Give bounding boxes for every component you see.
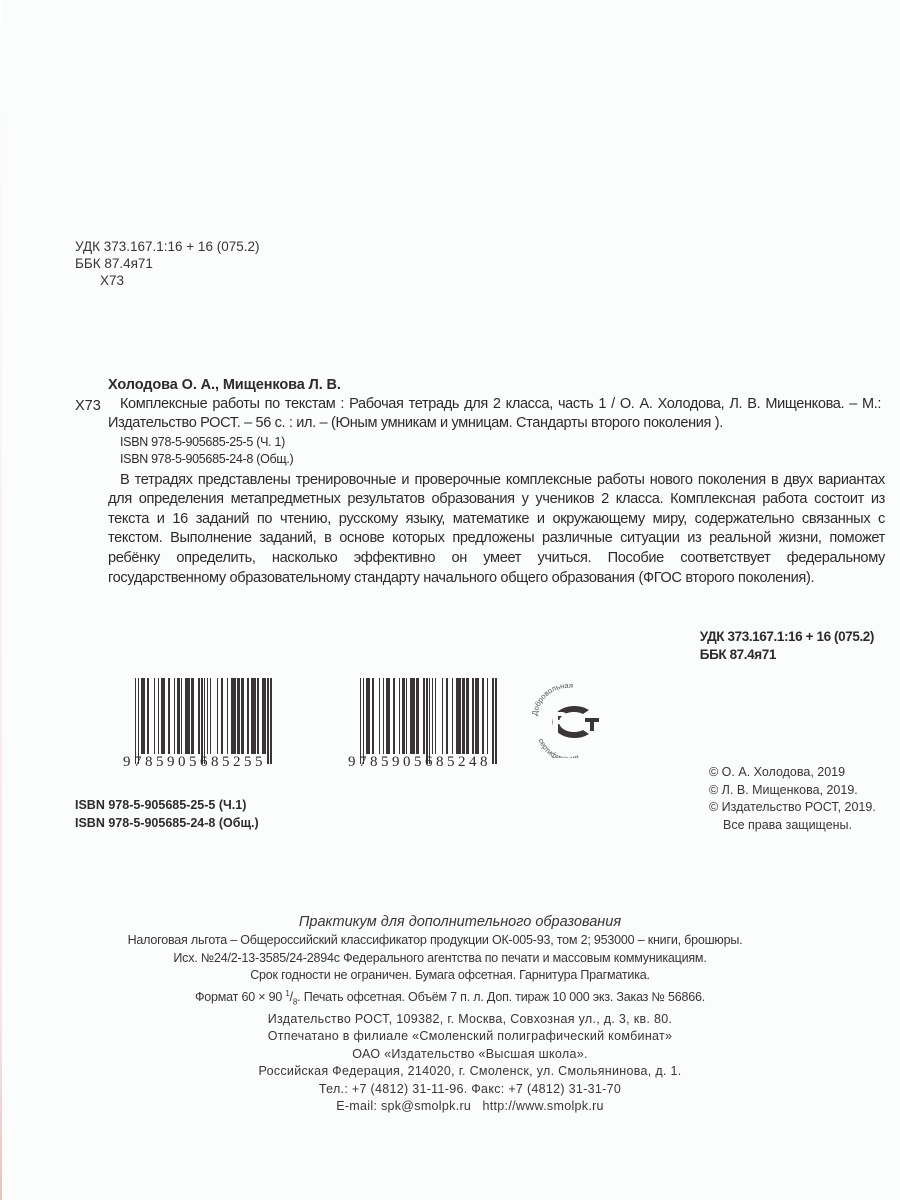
rights-reserved: Все права защищены. [709,817,876,835]
copyright-block: © О. А. Холодова, 2019 © Л. В. Мищенкова… [709,764,876,834]
author-mark-side: Х73 [75,398,101,414]
email-web: E-mail: spk@smolpk.ru http://www.smolpk.… [40,1098,900,1116]
isbn-general-bold: ISBN 978-5-905685-24-8 (Общ.) [75,814,259,832]
udk-code-bold: УДК 373.167.1:16 + 16 (075.2) [700,628,874,646]
barcode-general: 9785905685248 [348,678,498,768]
copyright-author-1: © О. А. Холодова, 2019 [709,764,876,782]
printer-address: Российская Федерация, 214020, г. Смоленс… [40,1063,900,1081]
copyright-publisher: © Издательство РОСТ, 2019. [709,799,876,817]
barcode-bars [360,678,497,758]
annotation: В тетрадях представлены тренировочные и … [108,471,885,589]
isbn-part-bold: ISBN 978-5-905685-25-5 (Ч.1) [75,796,259,814]
isbn-general: ISBN 978-5-905685-24-8 (Общ.) [120,451,885,468]
series-title: Практикум для дополнительного образовани… [20,913,900,932]
imprint-block: Практикум для дополнительного образовани… [0,913,900,1116]
printer-org: ОАО «Издательство «Высшая школа». [40,1046,900,1064]
authors: Холодова О. А., Мищенкова Л. В. [108,376,885,395]
barcode-digits: 9785905685255 [123,754,266,771]
bbk-code: ББК 87.4я71 [75,255,259,272]
classification-block: УДК 373.167.1:16 + 16 (075.2) ББК 87.4я7… [75,238,259,289]
udk-code: УДК 373.167.1:16 + 16 (075.2) [75,238,259,255]
isbn-block: ISBN 978-5-905685-25-5 (Ч.1) ISBN 978-5-… [75,796,259,832]
tax-info: Налоговая льгота – Общероссийский класси… [0,932,900,950]
svg-text:сертификация: сертификация [537,737,580,758]
bibliographic-record: Холодова О. А., Мищенкова Л. В. Х73 Комп… [75,376,885,588]
isbn-part: ISBN 978-5-905685-25-5 (Ч. 1) [120,434,885,451]
barcode-digits: 9785905685248 [348,754,491,771]
agency-ref: Исх. №24/2-13-3585/24-2894с Федерального… [0,950,900,968]
classification-right: УДК 373.167.1:16 + 16 (075.2) ББК 87.4я7… [700,628,874,664]
printed-at: Отпечатано в филиале «Смоленский полигра… [40,1028,900,1046]
certification-mark-icon: Добровольная сертификация [523,682,613,758]
barcode-bars [135,678,272,758]
phone-fax: Тел.: +7 (4812) 31-11-96. Факс: +7 (4812… [40,1081,900,1099]
format-info: Формат 60 × 90 1/8. Печать офсетная. Объ… [0,985,900,1011]
book-description: Комплексные работы по текстам : Рабочая … [108,395,881,434]
shelf-life: Срок годности не ограничен. Бумага офсет… [0,967,900,985]
author-mark: Х73 [75,272,259,289]
barcode-part1: 9785905685255 [123,678,273,768]
bbk-code-bold: ББК 87.4я71 [700,646,874,664]
copyright-author-2: © Л. В. Мищенкова, 2019. [709,782,876,800]
publisher-address: Издательство РОСТ, 109382, г. Москва, Со… [40,1011,900,1029]
